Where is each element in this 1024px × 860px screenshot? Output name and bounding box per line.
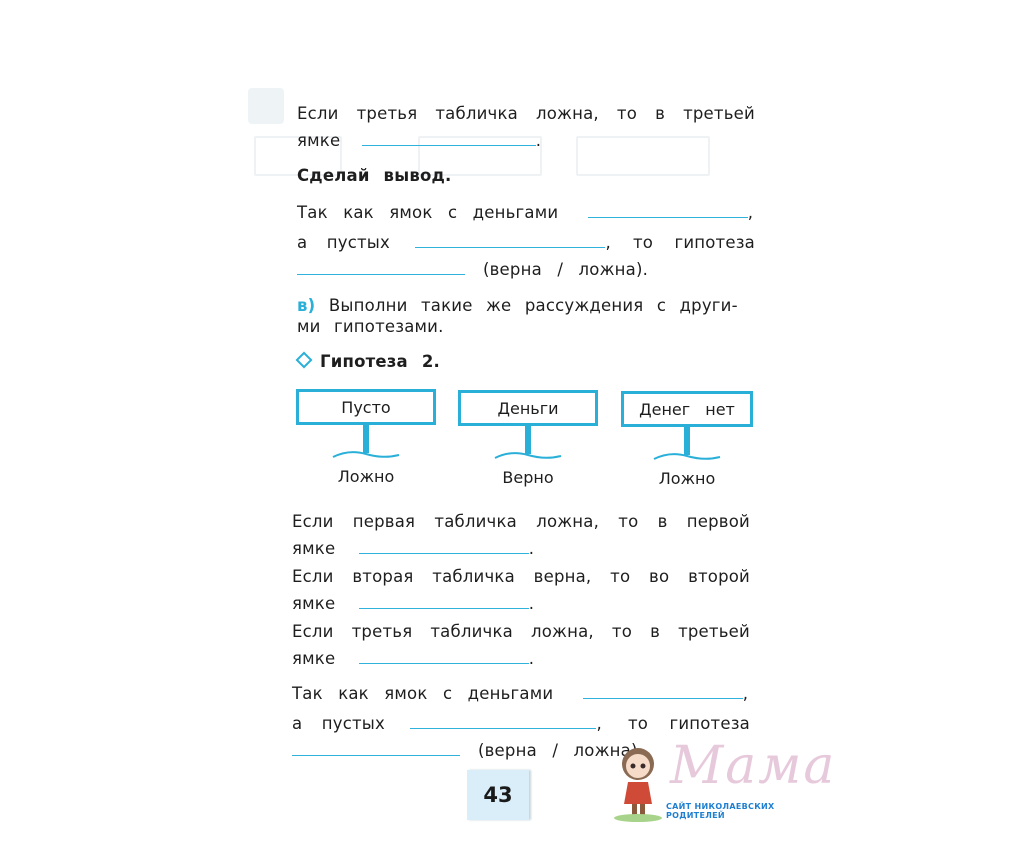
watermark-tagline: САЙТ НИКОЛАЕВСКИХ РОДИТЕЛЕЙ bbox=[666, 802, 818, 820]
comma: , bbox=[748, 203, 753, 222]
conclusion-1-line-3: (верна / ложна). bbox=[297, 260, 648, 280]
word: табличка bbox=[432, 567, 515, 587]
text: а пустых bbox=[292, 714, 385, 733]
statement-third-top-tail: ямке . bbox=[297, 131, 541, 151]
word: Если bbox=[297, 104, 339, 124]
text: Выполни такие же рассуждения с други- bbox=[329, 296, 738, 315]
answer-blank[interactable] bbox=[359, 541, 529, 554]
conclusion-2-line-3: (верна / ложна). bbox=[292, 741, 643, 761]
word: первой bbox=[687, 512, 750, 532]
word: ямке bbox=[297, 131, 340, 150]
sign-verdict: Ложно bbox=[296, 467, 436, 486]
sign-3: Денег нет Ложно bbox=[621, 391, 753, 488]
comma: , bbox=[596, 714, 601, 733]
word: во bbox=[649, 567, 669, 587]
answer-blank[interactable] bbox=[415, 235, 605, 248]
sign-1: Пусто Ложно bbox=[296, 389, 436, 486]
word: ложна, bbox=[531, 622, 594, 642]
word: вторая bbox=[352, 567, 413, 587]
word: то bbox=[618, 512, 638, 532]
word: то bbox=[617, 104, 637, 124]
watermark-logo: Мама САЙТ НИКОЛАЕВСКИХ РОДИТЕЛЕЙ bbox=[608, 740, 818, 830]
hypothesis-title: Гипотеза 2. bbox=[298, 352, 440, 372]
diamond-bullet-icon bbox=[296, 352, 313, 369]
word: третьей bbox=[678, 622, 750, 642]
sign-board: Деньги bbox=[458, 390, 598, 426]
answer-blank[interactable] bbox=[410, 716, 596, 729]
statement-2: Если вторая табличка верна, то во второй bbox=[292, 567, 750, 587]
word: в bbox=[650, 622, 660, 642]
page-number: 43 bbox=[467, 770, 529, 820]
ground-wave-icon bbox=[493, 450, 563, 460]
statement-1: Если первая табличка ложна, то в первой bbox=[292, 512, 750, 532]
conclusion-heading: Сделай вывод. bbox=[297, 166, 451, 186]
answer-blank[interactable] bbox=[588, 205, 748, 218]
sign-verdict: Верно bbox=[458, 468, 598, 487]
text: Так как ямок с деньгами bbox=[292, 684, 553, 703]
word: табличка bbox=[435, 104, 518, 124]
period: . bbox=[536, 131, 541, 150]
sign-board: Денег нет bbox=[621, 391, 753, 427]
conclusion-2-line-2: а пустых , то гипотеза bbox=[292, 714, 750, 734]
answer-blank[interactable] bbox=[583, 686, 743, 699]
conclusion-1-line-2: а пустых , то гипотеза bbox=[297, 233, 755, 253]
statement-3-tail: ямке . bbox=[292, 649, 534, 669]
watermark-script: Мама bbox=[670, 736, 836, 796]
answer-blank[interactable] bbox=[297, 262, 465, 275]
text: а пустых bbox=[297, 233, 390, 252]
period: . bbox=[529, 539, 534, 558]
word: ямке bbox=[292, 539, 335, 558]
word: ямке bbox=[292, 649, 335, 668]
text: гипотеза bbox=[674, 233, 755, 253]
word: то bbox=[610, 567, 630, 587]
ghost-task-badge bbox=[248, 88, 284, 124]
word: второй bbox=[688, 567, 750, 587]
sign-board: Пусто bbox=[296, 389, 436, 425]
text: Гипотеза 2. bbox=[320, 352, 440, 371]
text: гипотеза bbox=[669, 714, 750, 734]
ground-wave-icon bbox=[652, 451, 722, 461]
period: . bbox=[529, 649, 534, 668]
text: то bbox=[628, 714, 648, 734]
answer-blank[interactable] bbox=[359, 596, 529, 609]
girl-mascot-icon bbox=[608, 742, 668, 822]
statement-1-tail: ямке . bbox=[292, 539, 534, 559]
ghost-box bbox=[576, 136, 710, 176]
answer-blank[interactable] bbox=[292, 743, 460, 756]
word: Если bbox=[292, 512, 334, 532]
word: Если bbox=[292, 567, 334, 587]
ground-wave-icon bbox=[331, 449, 401, 459]
word: ложна, bbox=[536, 512, 599, 532]
text: (верна / ложна). bbox=[483, 260, 648, 279]
word: ямке bbox=[292, 594, 335, 613]
word: Если bbox=[292, 622, 334, 642]
answer-blank[interactable] bbox=[359, 651, 529, 664]
comma: , bbox=[743, 684, 748, 703]
sign-verdict: Ложно bbox=[621, 469, 753, 488]
word: третьей bbox=[683, 104, 755, 124]
word: третья bbox=[357, 104, 418, 124]
task-v-line-1: в) Выполни такие же рассуждения с други- bbox=[297, 296, 738, 316]
statement-2-tail: ямке . bbox=[292, 594, 534, 614]
comma: , bbox=[605, 233, 610, 252]
conclusion-1-line-1: Так как ямок с деньгами , bbox=[297, 203, 753, 223]
answer-blank[interactable] bbox=[362, 133, 536, 146]
statement-third-top: Если третья табличка ложна, то в третьей bbox=[297, 104, 755, 124]
word: в bbox=[655, 104, 665, 124]
word: третья bbox=[352, 622, 413, 642]
period: . bbox=[529, 594, 534, 613]
word: первая bbox=[353, 512, 415, 532]
statement-3: Если третья табличка ложна, то в третьей bbox=[292, 622, 750, 642]
word: табличка bbox=[434, 512, 517, 532]
task-v-line-2: ми гипотезами. bbox=[297, 317, 444, 337]
text: то bbox=[633, 233, 653, 253]
text: Так как ямок с деньгами bbox=[297, 203, 558, 222]
word: в bbox=[658, 512, 668, 532]
word: табличка bbox=[430, 622, 513, 642]
sign-2: Деньги Верно bbox=[458, 390, 598, 487]
word: ложна, bbox=[536, 104, 599, 124]
conclusion-2-line-1: Так как ямок с деньгами , bbox=[292, 684, 748, 704]
task-label: в) bbox=[297, 296, 315, 315]
word: то bbox=[612, 622, 632, 642]
word: верна, bbox=[534, 567, 592, 587]
